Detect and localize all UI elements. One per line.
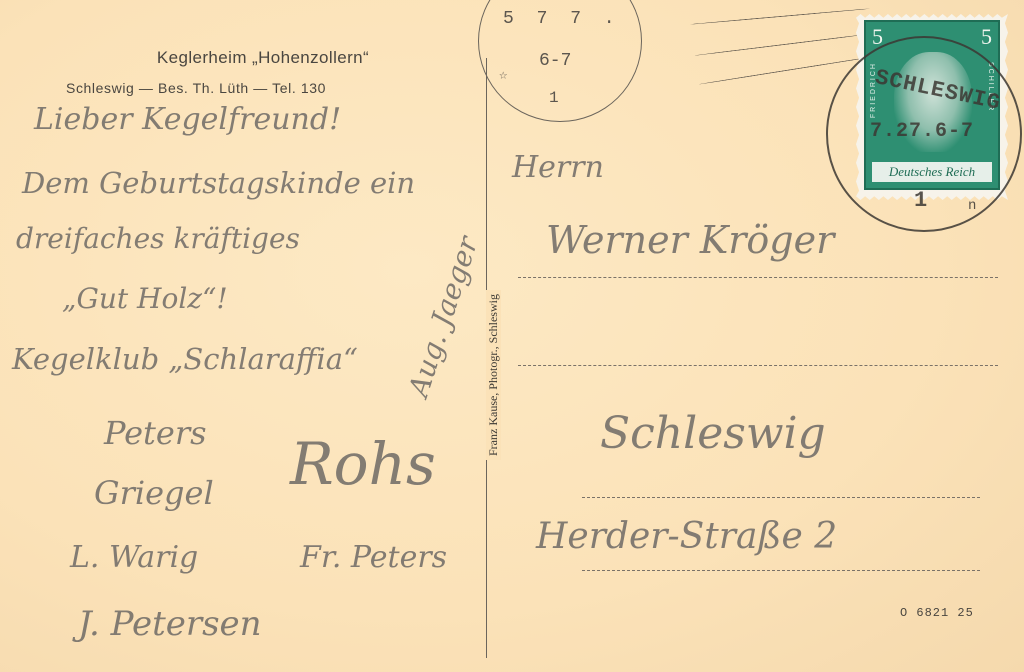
address-line-3	[582, 497, 980, 498]
catalog-number: O 6821 25	[900, 606, 974, 620]
signature-diagonal: Aug. Jaeger	[402, 232, 485, 400]
address-name: Werner Kröger	[546, 218, 834, 262]
header-subtitle: Schleswig — Bes. Th. Lüth — Tel. 130	[66, 80, 326, 96]
message-line-3: dreifaches kräftiges	[16, 222, 300, 255]
message-line-2: Dem Geburtstagskinde ein	[22, 166, 415, 200]
message-line-4: „Gut Holz“!	[62, 282, 228, 315]
address-city: Schleswig	[600, 408, 826, 459]
address-line-1	[518, 277, 998, 278]
message-line-1: Lieber Kegelfreund!	[34, 102, 341, 137]
star-icon: ☆	[499, 67, 507, 84]
signature-peters: Peters	[104, 414, 207, 452]
address-line-2	[518, 365, 998, 366]
header-title: Keglerheim „Hohenzollern“	[103, 48, 423, 68]
signature-warig: L. Warig	[70, 540, 198, 575]
stamp-value-right: 5	[981, 24, 992, 50]
signature-griegel: Griegel	[94, 474, 214, 512]
address-salutation: Herrn	[512, 150, 604, 185]
cancellation-wave-1	[690, 8, 869, 25]
postmark-suffix: n	[968, 198, 976, 214]
address-line-4	[582, 570, 980, 571]
signature-rohs: Rohs	[290, 430, 436, 498]
postmark-office: 1	[914, 188, 927, 213]
postmark-secondary-top: 5 7 7 .	[503, 9, 621, 29]
signature-petersen: J. Petersen	[78, 604, 262, 644]
message-line-5: Kegelklub „Schlaraffia“	[12, 342, 358, 376]
publisher-imprint: Franz Kause, Photogr., Schleswig	[486, 290, 501, 460]
postmark-city: SCHLESWIG	[873, 65, 1003, 116]
postmark-main: SCHLESWIG 7.27.6-7 1 n	[826, 36, 1022, 232]
postmark-date: 7.27.6-7	[870, 120, 974, 143]
cancellation-wave-2	[695, 33, 874, 56]
postcard-back: Keglerheim „Hohenzollern“ Schleswig — Be…	[0, 0, 1024, 672]
postmark-secondary: 5 7 7 . 6-7 ☆ 1	[478, 0, 642, 122]
address-street: Herder-Straße 2	[536, 516, 837, 557]
postmark-secondary-date: 6-7	[539, 51, 571, 71]
postmark-secondary-office: 1	[549, 89, 559, 107]
signature-fr-peters: Fr. Peters	[300, 540, 447, 575]
